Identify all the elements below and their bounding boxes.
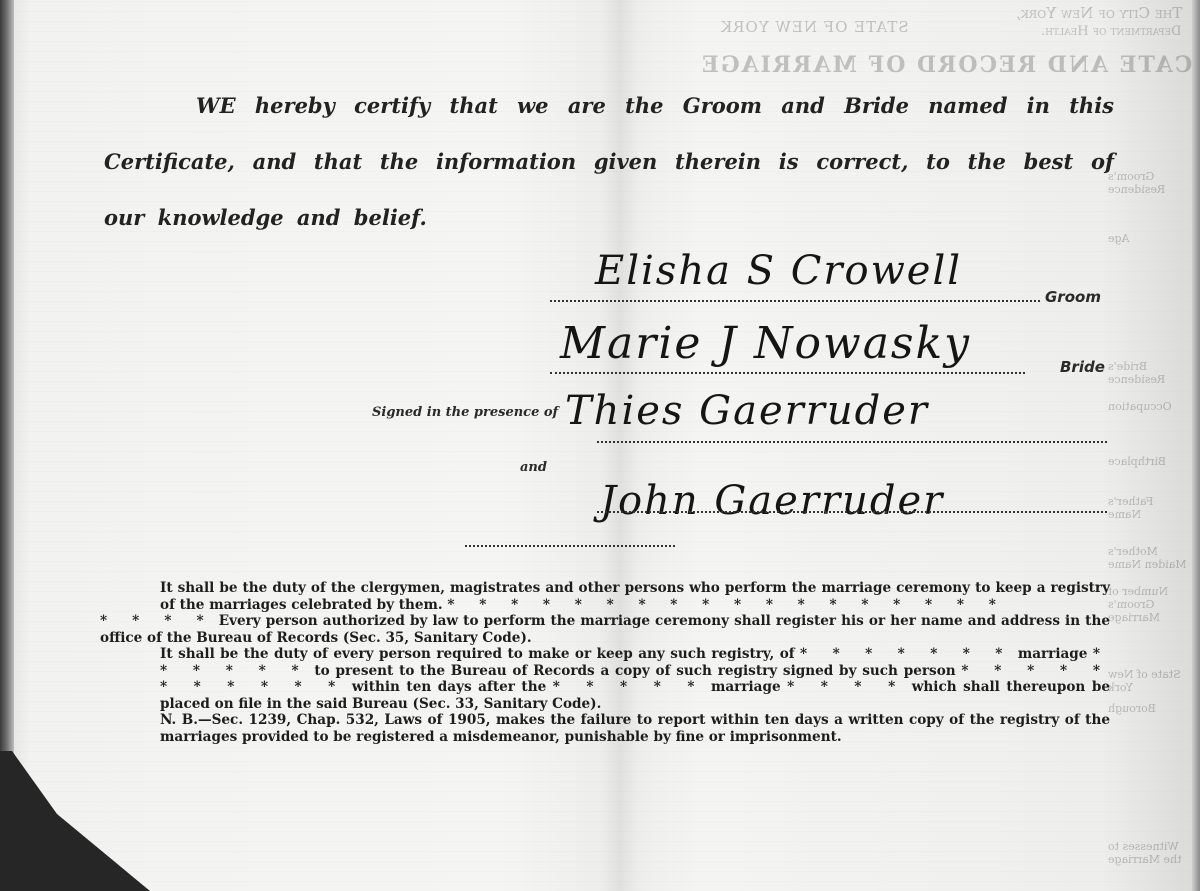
bleed-title: CERTIFICATE AND RECORD OF MARRIAGE (700, 52, 1200, 78)
signed-in-presence-label: Signed in the presence of (372, 405, 558, 420)
scanned-document-page: The City of New York, Department of Heal… (0, 0, 1200, 891)
notice-paragraph-1: It shall be the duty of the clergymen, m… (100, 580, 1110, 613)
bleed-header-city: The City of New York, (1016, 4, 1182, 22)
bleed-side-label: Number of Groom's Marriage (1108, 585, 1188, 624)
bleed-side-label: State of New York (1108, 668, 1188, 694)
groom-signature-line (550, 300, 1040, 302)
bride-signature: Marie J Nowasky (560, 318, 971, 369)
witness-1-signature: Thies Gaerruder (565, 388, 929, 434)
scanner-edge-right (1192, 0, 1200, 891)
bleed-side-label: Father's Name (1108, 495, 1188, 521)
bleed-side-label: Bride's Residence (1108, 360, 1188, 386)
extra-signature-line (465, 545, 675, 547)
witness-2-signature-line (597, 511, 1107, 513)
bleed-side-label: Age (1108, 232, 1188, 245)
and-label: and (520, 460, 547, 475)
certification-statement: WE hereby certify that we are the Groom … (104, 78, 1114, 246)
bleed-state: STATE OF NEW YORK (720, 18, 909, 36)
certification-text: WE hereby certify that we are the Groom … (104, 93, 1114, 230)
bleed-side-label: Witnesses to the Marriage (1108, 840, 1188, 866)
registry-legal-notice: It shall be the duty of the clergymen, m… (100, 580, 1110, 745)
notice-paragraph-3: It shall be the duty of every person req… (100, 646, 1110, 712)
scanner-background-corner (0, 751, 150, 891)
witness-1-signature-line (597, 441, 1107, 443)
bleed-side-label: Occupation (1108, 400, 1188, 413)
groom-label: Groom (1045, 288, 1101, 306)
notice-nb-paragraph: N. B.—Sec. 1239, Chap. 532, Laws of 1905… (100, 712, 1110, 745)
bleed-header-department: Department of Health. (1041, 24, 1182, 39)
witness-2-signature: John Gaerruder (600, 478, 944, 524)
groom-signature: Elisha S Crowell (595, 248, 962, 294)
notice-paragraph-2: * * * * Every person authorized by law t… (100, 613, 1110, 646)
bride-label: Bride (1060, 358, 1105, 376)
bride-signature-line (550, 372, 1025, 374)
bleed-side-label: Groom's Residence (1108, 170, 1188, 196)
bleed-side-label: Birthplace (1108, 455, 1188, 468)
bleed-side-label: Mother's Maiden Name (1108, 545, 1188, 571)
bleed-side-label: Borough (1108, 702, 1188, 715)
